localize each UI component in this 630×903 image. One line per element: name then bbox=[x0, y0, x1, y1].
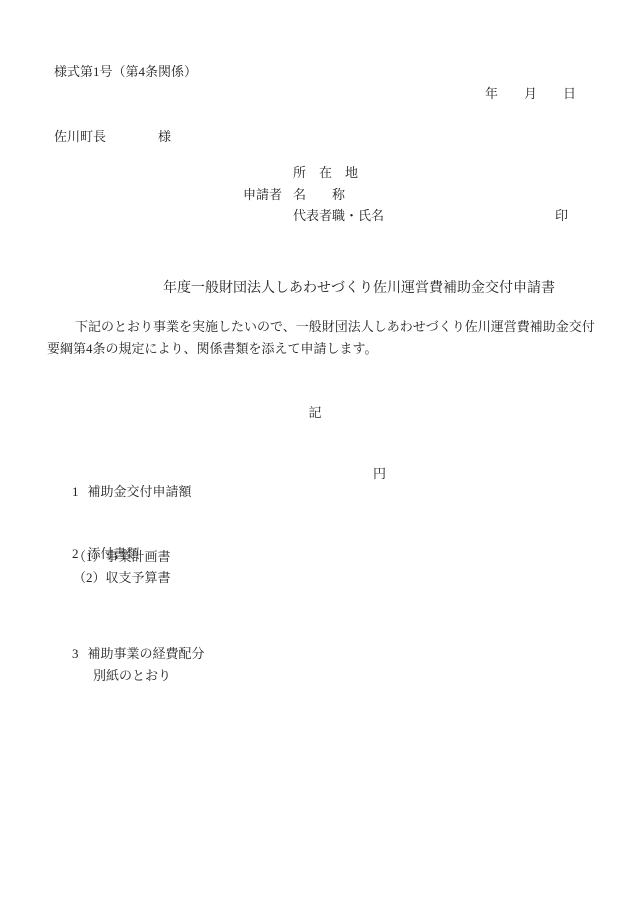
item-1-unit: 円 bbox=[373, 465, 386, 483]
item-3-label: 補助事業の経費配分 bbox=[88, 646, 205, 661]
applicant-representative-label: 代表者職・氏名 bbox=[293, 207, 384, 225]
item-2-sub-2: （2）収支予算書 bbox=[73, 569, 171, 587]
applicant-address-label: 所 在 地 bbox=[293, 164, 358, 182]
applicant-label: 申請者 bbox=[243, 186, 282, 204]
item-3-number: 3 bbox=[72, 645, 79, 663]
addressee: 佐川町長 様 bbox=[54, 128, 171, 146]
record-marker: 記 bbox=[0, 404, 630, 422]
item-1: 1補助金交付申請額 bbox=[59, 465, 192, 519]
seal-mark: 印 bbox=[555, 207, 568, 225]
document-page: 様式第1号（第4条関係） 年 月 日 佐川町長 様 申請者 所 在 地 名 称 … bbox=[0, 0, 630, 903]
item-2-sub-1: （1）事業計画書 bbox=[73, 548, 171, 566]
form-number: 様式第1号（第4条関係） bbox=[54, 63, 197, 81]
applicant-name-label: 名 称 bbox=[293, 186, 345, 204]
date-line: 年 月 日 bbox=[485, 85, 576, 103]
item-1-number: 1 bbox=[72, 483, 79, 501]
item-1-label: 補助金交付申請額 bbox=[88, 484, 192, 499]
body-paragraph-line-2: 要綱第4条の規定により、関係書類を添えて申請します。 bbox=[47, 340, 377, 358]
document-title: 年度一般財団法人しあわせづくり佐川運営費補助金交付申請書 bbox=[163, 280, 555, 298]
item-3-note: 別紙のとおり bbox=[93, 667, 171, 685]
body-paragraph-line-1: 下記のとおり事業を実施したいので、一般財団法人しあわせづくり佐川運営費補助金交付 bbox=[75, 318, 595, 336]
